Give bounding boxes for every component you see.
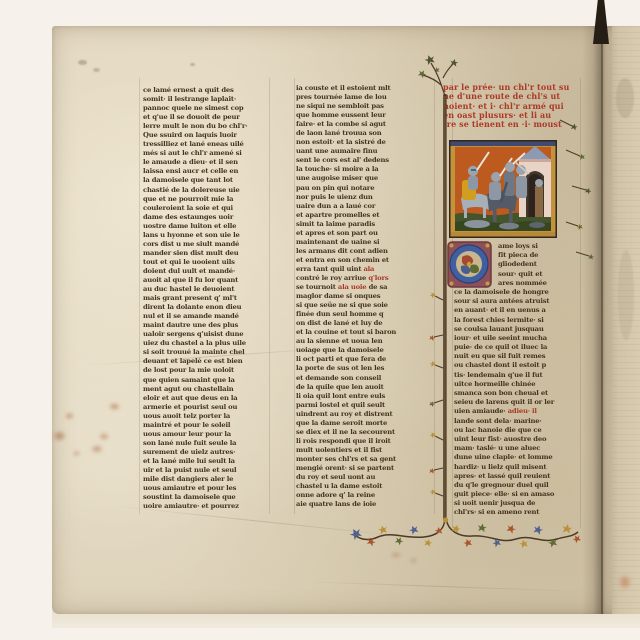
text-line: chl'rs· si en ameno rent — [454, 508, 580, 517]
initial-artwork — [447, 241, 492, 288]
ruling-line — [580, 78, 581, 528]
text-line: du roy et seul uont au — [296, 473, 434, 482]
text-line: la forest chies lermite· si — [454, 316, 580, 325]
manuscript-photo: { "page": { "type": "illuminated-manuscr… — [0, 0, 640, 640]
text-segment: de sa — [366, 283, 387, 291]
stain — [52, 430, 67, 442]
text-line: les armans dit cont adien — [296, 247, 434, 256]
text-line: monter ses chl'rs et sa gent — [296, 455, 434, 464]
text-line: eloir et aut que deus en la — [143, 394, 269, 403]
text-line: somit· il lestrange laplait· — [143, 95, 269, 104]
text-line: uiez du chastel a la plus uile — [143, 339, 269, 348]
text-line: uous amiautre et pour les — [143, 484, 269, 493]
text-segment: seieu de larens quit il or ler — [454, 398, 554, 406]
speck — [78, 60, 87, 65]
text-line: et demande son conseil — [296, 374, 434, 383]
text-line: dune uine claple· et lomme — [454, 453, 580, 462]
text-line: li rois respondi que il iroit — [296, 437, 434, 446]
text-segment: se tournoit — [296, 283, 338, 291]
text-line: ualoir sergens q'uisist dune — [143, 330, 269, 339]
miniature-scene — [449, 140, 557, 238]
text-line: guit piece· elle· si en amaso — [454, 490, 580, 499]
text-line: couleroient la soie et qui — [143, 204, 269, 213]
text-segment: contré le roy arriue — [296, 274, 368, 282]
text-line: contré le roy arriue q'lors — [296, 274, 434, 283]
text-line: chastel u la dame estoit — [296, 482, 434, 491]
text-line: mengié orent· si se partent — [296, 464, 434, 473]
text-line: en auant· et il en uenus a — [454, 306, 580, 315]
text-line: cors dist u me siult mandé — [143, 240, 269, 249]
rubricated-word: adieu· il — [508, 407, 537, 415]
text-line: que la dame seroit morte — [296, 419, 434, 428]
stain — [390, 551, 402, 559]
text-line: uous amour leur pour la — [143, 430, 269, 439]
text-line: uindrent au roy et distrent — [296, 410, 434, 419]
stain — [64, 412, 75, 420]
text-line: laissa ensi aucr et celle en — [143, 167, 269, 176]
text-line: aie quatre lans de ioie — [296, 500, 434, 509]
text-line: chastié de la dolereuse uie — [143, 186, 269, 195]
text-line: tout et qui le uooient uils — [143, 258, 269, 267]
miniature-illustration — [449, 140, 557, 238]
text-line: tis· lendemain q'ue il fut — [454, 371, 580, 380]
text-line: simit ta laime paradis — [296, 220, 434, 229]
text-line: que homme eussent leur — [296, 111, 434, 120]
text-line: seieu de larens quit il or ler — [454, 398, 580, 407]
text-line: pau on pin qui notare — [296, 184, 434, 193]
text-line: iour· et uile seeint mucha — [454, 334, 580, 343]
text-line: més si aut le chl'r amené si — [143, 149, 269, 158]
text-line: doient dul uult et mandé· — [143, 267, 269, 276]
text-column-left: ce lamé ernest a quit dessomit· il lestr… — [143, 86, 269, 511]
decorated-initial — [447, 241, 492, 288]
text-line: smanca son bon cheual et — [454, 389, 580, 398]
text-line: nul et il se amande mandé — [143, 312, 269, 321]
text-line: faire· et la combe si agut — [296, 120, 434, 129]
text-line: maintenant de uaine si — [296, 238, 434, 247]
text-line: la porte de sus ot len les — [296, 364, 434, 373]
text-line: par le prée· un chl'r tout su — [443, 83, 619, 92]
parchment-crease — [302, 581, 582, 592]
text-line: une augoise miser que — [296, 174, 434, 183]
text-line: et apartre promelles et — [296, 211, 434, 220]
text-line: sour si aura antées atruist — [454, 297, 580, 306]
text-line: uaire dun a a laué cor — [296, 202, 434, 211]
text-line: pres tournée lame de lou — [296, 93, 434, 102]
rubricated-word: q'lors — [368, 274, 388, 282]
text-line: erra tant quil uint ala — [296, 265, 434, 274]
text-line: uir et la puist nule et seul — [143, 466, 269, 475]
text-line: et q'ue il se douoit de peur — [143, 113, 269, 122]
text-line: si soit trouué la mainte chel — [143, 348, 269, 357]
stain — [618, 574, 632, 590]
text-line: puie· de ce quil ot iluec la — [454, 343, 580, 352]
text-line: pannoc quele ne simest cop — [143, 104, 269, 113]
text-line: se coulsa lauant jusquau — [454, 325, 580, 334]
rubricated-word: ala — [363, 265, 374, 273]
text-line: nor puis le uienz dun — [296, 193, 434, 202]
text-line: que quien samaint que la — [143, 376, 269, 385]
stain — [98, 432, 110, 441]
text-line: nuit eu que sil fuit remes — [454, 352, 580, 361]
text-line: en oast plusurs· et li au — [443, 111, 619, 120]
text-line: uostre dame luiton et elle — [143, 222, 269, 231]
text-line: soustint la damoisele que — [143, 493, 269, 502]
text-line: de lost pour la mie uoloit — [143, 366, 269, 375]
text-line: du q'le gregnour duel quil — [454, 481, 580, 490]
text-line: li oia quil lont entre euls — [296, 392, 434, 401]
text-line: deuant et lapelé ce est bien — [143, 357, 269, 366]
text-line: mander sien dist mult deu — [143, 249, 269, 258]
text-line: au duc hastel le deuoient — [143, 285, 269, 294]
text-line: mile dist dangiers aler le — [143, 475, 269, 484]
text-line: la touche· si moire a la — [296, 165, 434, 174]
text-line: ou chastel dont il estoit p — [454, 361, 580, 370]
stain — [72, 450, 81, 457]
text-line: mais grant present q' ml't — [143, 294, 269, 303]
text-line: mam· taslé· u une aluec — [454, 444, 580, 453]
text-line: lande sont dela· marine· — [454, 417, 580, 426]
text-line: noient· et i· chl'r armé qui — [443, 102, 619, 111]
text-line: si que seüe ne si que soie — [296, 301, 434, 310]
text-line: maglor dame si onques — [296, 292, 434, 301]
text-line: et la lané mile lui seult la — [143, 457, 269, 466]
text-line: se tournoit ala uoie de sa — [296, 283, 434, 292]
text-segment: uien amiaude· — [454, 407, 508, 415]
text-line: maintré et pour le soleil — [143, 421, 269, 430]
text-line: onne adore q' la reine — [296, 491, 434, 500]
text-line: ia couste et il estoient mlt — [296, 84, 434, 93]
text-line: mult uolentiers et il fist — [296, 446, 434, 455]
text-line: ce lamé ernest a quit des — [143, 86, 269, 95]
text-line: la damoisele que tant lot — [143, 176, 269, 185]
text-line: de la quile que len auoit — [296, 383, 434, 392]
text-line: apres· et lassé quil reuient — [454, 472, 580, 481]
text-line: dirent la dolante enon dieu — [143, 303, 269, 312]
text-line: et entra en son chemin et — [296, 256, 434, 265]
ruling-line — [434, 78, 435, 514]
stain — [409, 557, 418, 564]
text-line: sent le cors est al' dedens — [296, 156, 434, 165]
text-line: et la couine et tout si baron — [296, 328, 434, 337]
show-through-mark — [616, 78, 634, 118]
text-line: hardiz· u lielz quil misent — [454, 463, 580, 472]
text-line: le amaude a dieu· et il sen — [143, 158, 269, 167]
ruling-line — [269, 78, 270, 514]
text-line: uien amiaude· adieu· il — [454, 407, 580, 416]
text-line: de laon lané trouua son — [296, 129, 434, 138]
text-line: se diex et il ne la secourent — [296, 428, 434, 437]
text-line: parmi lostel et quil seult — [296, 401, 434, 410]
text-line: dame des estaunges uoir — [143, 213, 269, 222]
text-line: au la sienne et uoua len — [296, 337, 434, 346]
text-line: uoiage que la damoisele — [296, 346, 434, 355]
text-line: li oct parti et que fera de — [296, 355, 434, 364]
text-line: uous auoit telz porter la — [143, 412, 269, 421]
show-through-mark — [618, 250, 634, 340]
text-line: uoire amiautre· et pourrez — [143, 502, 269, 511]
rubric-text: par le prée· un chl'r tout sune d'une ro… — [443, 83, 619, 129]
text-line: armerie et pourist seul ou — [143, 403, 269, 412]
text-column-middle: ia couste et il estoient mltpres tournée… — [296, 84, 434, 509]
stain — [108, 402, 121, 411]
text-line: son lané nule fuit seule la — [143, 439, 269, 448]
speck — [93, 68, 100, 72]
text-line: si uoit uenir jusqua de — [454, 499, 580, 508]
stain — [90, 444, 104, 454]
text-line: tressilliez et lané eneas uilé — [143, 140, 269, 149]
text-line: lans u hyonne et son uie le — [143, 231, 269, 240]
text-line: maint dautre une des plus — [143, 321, 269, 330]
text-line: surement de uielz autres· — [143, 448, 269, 457]
speck — [190, 63, 195, 66]
ruling-line — [139, 78, 140, 514]
text-line: et apres et son part ou — [296, 229, 434, 238]
text-line: ment agut ou chastellain — [143, 385, 269, 394]
text-line: uant une aumaire finu — [296, 147, 434, 156]
text-line: uint leur fist· auostre deo — [454, 435, 580, 444]
text-line: ne siqui ne sembloit pas — [296, 102, 434, 111]
text-line: lerre mult le non du bo chl'r· — [143, 122, 269, 131]
text-line: finée dun seul homme q — [296, 310, 434, 319]
text-line: ne d'une route de chl's ut — [443, 92, 619, 101]
text-line: on dist de lané et luy de — [296, 319, 434, 328]
text-line: uitce hormeille chinée — [454, 380, 580, 389]
text-line: ou lac hanoie die que ce — [454, 426, 580, 435]
rubricated-word: ala uoie — [338, 283, 367, 291]
text-line: non estoit· et la sistré de — [296, 138, 434, 147]
text-line: ce la damoisele de hongre — [454, 288, 580, 297]
gutter-crease — [601, 26, 603, 614]
text-line: Que ssuird on laquis luoir — [143, 131, 269, 140]
text-line: tre se tienent en ·i· moust — [443, 120, 619, 129]
text-line: auoit al que il fu lor quant — [143, 276, 269, 285]
text-segment: erra tant quil uint — [296, 265, 363, 273]
text-line: que et ne pourroit mie la — [143, 195, 269, 204]
ruling-line — [294, 78, 295, 514]
